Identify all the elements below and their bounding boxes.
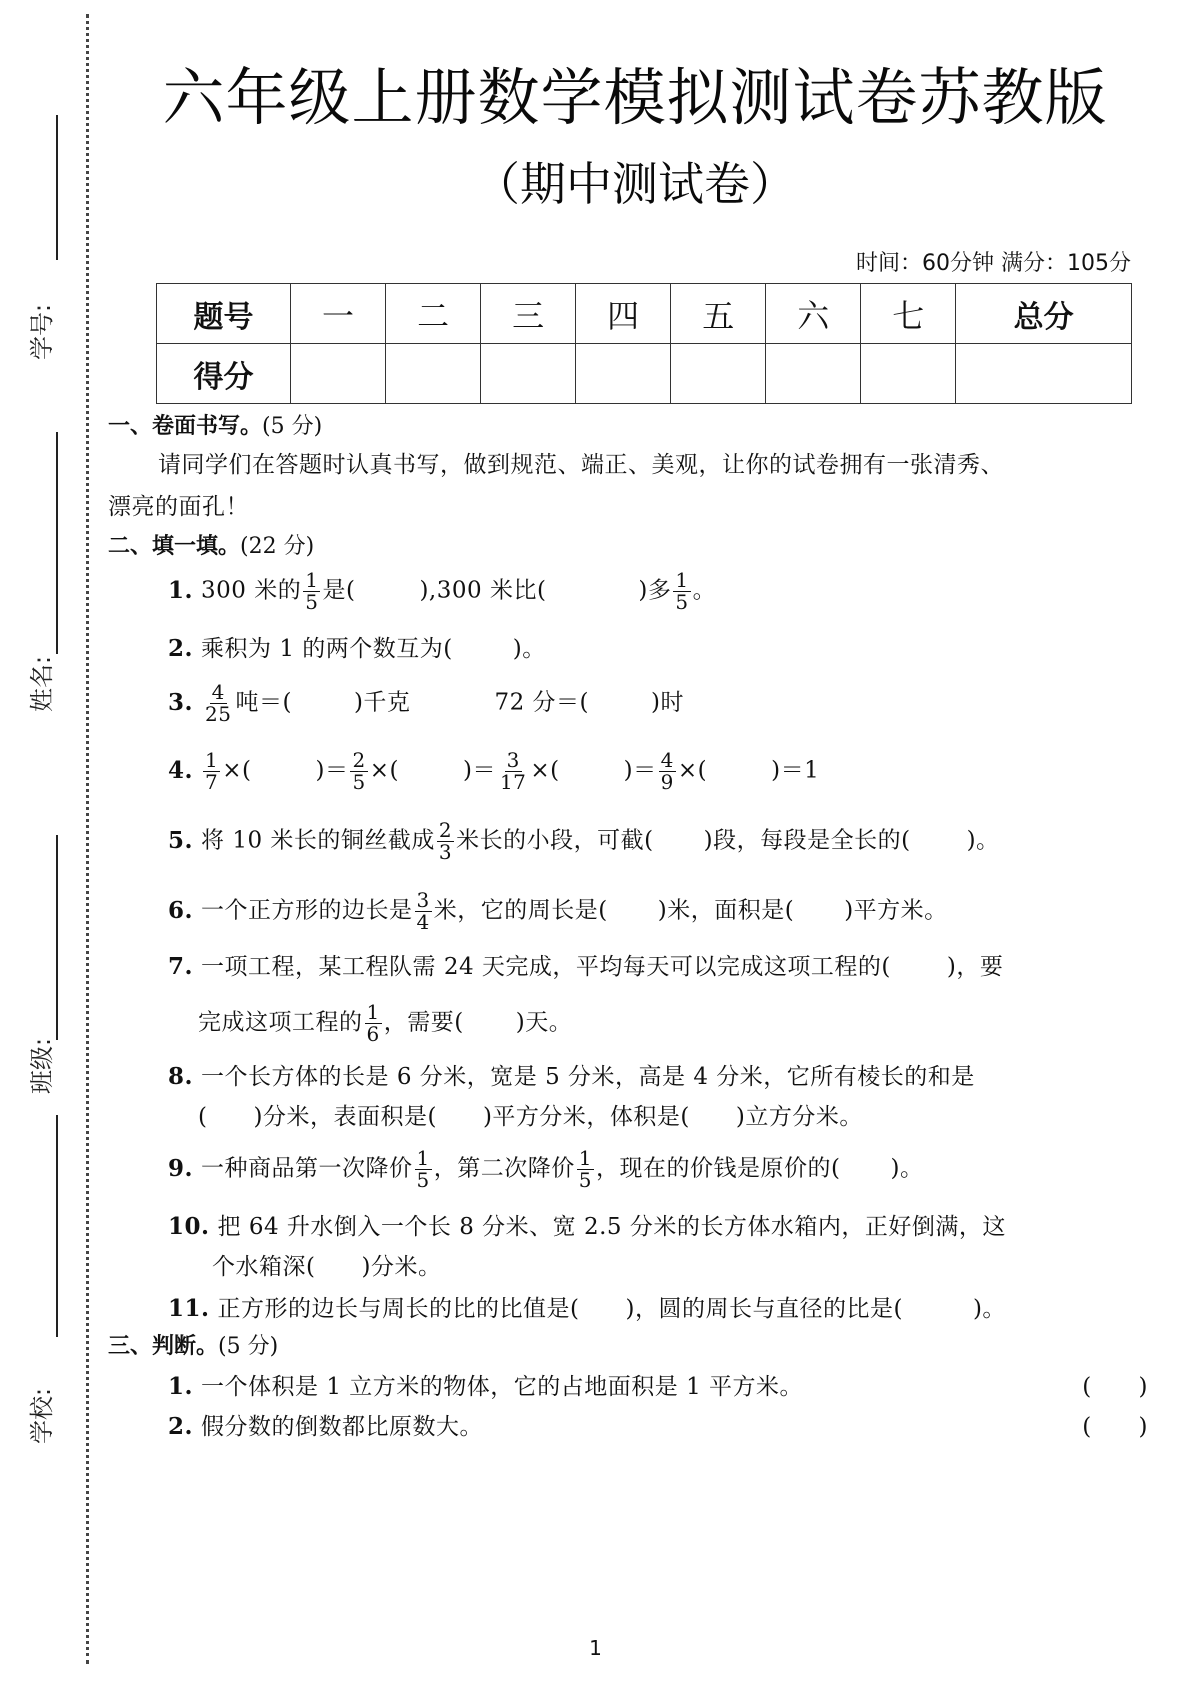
student-id-label: 学号: (22, 304, 57, 360)
fraction: 15 (673, 570, 690, 613)
question-number: 2. (168, 1413, 193, 1440)
class-line[interactable] (56, 835, 58, 1040)
question-text: )千克 (354, 690, 410, 716)
fraction-denominator: 7 (203, 772, 220, 793)
fraction-numerator: 4 (210, 682, 227, 704)
question-text: ，现在的价钱是原价的( (596, 1156, 840, 1182)
question-text: 300 米的 (201, 578, 301, 604)
fill-question-1: 1.300 米的15是(),300 米比()多15。 (168, 570, 1148, 613)
question-text: 72 分＝( (494, 690, 589, 716)
fraction-numerator: 1 (415, 1148, 432, 1170)
question-text: )。 (973, 1296, 1006, 1322)
fill-question-2: 2.乘积为 1 的两个数互为()。 (168, 632, 1148, 667)
fraction-numerator: 1 (303, 570, 320, 592)
fraction-numerator: 1 (203, 750, 220, 772)
score-table: 题号 一 二 三 四 五 六 七 总分 得分 (156, 283, 1132, 404)
question-text: 完成这项工程的 (198, 1010, 363, 1036)
question-number: 4. (168, 757, 193, 784)
question-text: 一个正方形的边长是 (201, 898, 413, 924)
question-text: )时 (651, 690, 684, 716)
fraction-numerator: 1 (673, 570, 690, 592)
question-text: ×( (222, 758, 251, 784)
fill-question-9: 9.一种商品第一次降价15，第二次降价15，现在的价钱是原价的()。 (168, 1148, 1148, 1191)
score-input-6[interactable] (766, 344, 861, 404)
fraction: 425 (203, 682, 233, 725)
judge-answer-box[interactable]: ( ) (1082, 1410, 1148, 1445)
fraction: 34 (415, 890, 432, 933)
fill-question-5: 5.将 10 米长的铜丝截成23米长的小段，可截()段，每段是全长的()。 (168, 820, 1148, 863)
fill-question-4: 4.17×()＝25×()＝317×()＝49×()＝1 (168, 750, 1148, 793)
score-col-2: 二 (386, 284, 481, 344)
question-text: )，要 (947, 954, 1003, 980)
question-text: 将 10 米长的铜丝截成 (201, 828, 435, 854)
question-text: )段，每段是全长的( (704, 828, 911, 854)
fraction: 16 (365, 1002, 382, 1045)
section-2-title: 二、填一填。(22 分) (108, 530, 314, 563)
question-text: 吨＝( (235, 690, 291, 716)
question-number: 2. (168, 635, 193, 662)
question-number: 7. (168, 953, 193, 980)
fill-question-6: 6.一个正方形的边长是34米，它的周长是()米，面积是()平方米。 (168, 890, 1148, 933)
fill-question-7-continued: 完成这项工程的16，需要()天。 (198, 1002, 1178, 1045)
fraction: 23 (437, 820, 454, 863)
fill-question-10-continued: 个水箱深()分米。 (212, 1250, 1191, 1285)
judge-answer-box[interactable]: ( ) (1082, 1370, 1148, 1405)
question-text: ，需要( (384, 1010, 464, 1036)
question-number: 8. (168, 1063, 193, 1090)
fill-question-7: 7.一项工程，某工程队需 24 天完成，平均每天可以完成这项工程的()，要 (168, 950, 1148, 985)
score-col-7: 七 (861, 284, 956, 344)
page-title: 六年级上册数学模拟测试卷苏教版 (140, 48, 1130, 137)
fill-question-8-continued: ()分米，表面积是()平方分米，体积是()立方分米。 (198, 1100, 1178, 1135)
score-input-4[interactable] (576, 344, 671, 404)
name-line[interactable] (56, 432, 58, 654)
section-3-points: (5 分) (218, 1334, 278, 1359)
question-text: )＝ (624, 758, 657, 784)
question-text: )天。 (516, 1010, 572, 1036)
judge-question-1: 1.一个体积是 1 立方米的物体，它的占地面积是 1 平方米。( ) (168, 1370, 1148, 1405)
fraction-denominator: 4 (415, 912, 432, 933)
fraction-denominator: 17 (498, 772, 528, 793)
score-col-5: 五 (671, 284, 766, 344)
score-table-score-row: 得分 (157, 344, 1132, 404)
question-number: 6. (168, 897, 193, 924)
section-1-text-line2: 漂亮的面孔！ (108, 490, 1148, 525)
question-text: )平方分米，体积是( (483, 1104, 690, 1130)
score-cell-label: 题号 (157, 284, 291, 344)
question-number: 9. (168, 1155, 193, 1182)
fraction: 15 (577, 1148, 594, 1191)
section-1-points: (5 分) (262, 414, 322, 439)
question-text: ( (198, 1104, 207, 1130)
question-text: 假分数的倒数都比原数大。 (201, 1414, 483, 1440)
score-col-1: 一 (291, 284, 386, 344)
binding-dashed-line (86, 14, 89, 1664)
fraction: 15 (415, 1148, 432, 1191)
class-label: 班级: (22, 1038, 57, 1094)
fraction-denominator: 6 (365, 1024, 382, 1045)
score-input-3[interactable] (481, 344, 576, 404)
fraction-numerator: 2 (437, 820, 454, 842)
fraction-numerator: 1 (577, 1148, 594, 1170)
question-number: 1. (168, 577, 193, 604)
page-subtitle: （期中测试卷） (140, 148, 1130, 214)
score-input-total[interactable] (956, 344, 1132, 404)
question-text: )。 (890, 1156, 923, 1182)
exam-meta: 时间：60分钟 满分：105分 (856, 246, 1131, 277)
question-text: ×( (530, 758, 559, 784)
question-text: 一项工程，某工程队需 24 天完成，平均每天可以完成这项工程的( (201, 954, 891, 980)
fraction-numerator: 1 (365, 1002, 382, 1024)
score-input-1[interactable] (291, 344, 386, 404)
fill-question-3: 3.425吨＝()千克72 分＝()时 (168, 682, 1148, 725)
fraction: 317 (498, 750, 528, 793)
question-text: 米长的小段，可截( (456, 828, 653, 854)
fraction: 49 (659, 750, 676, 793)
fraction-numerator: 2 (350, 750, 367, 772)
score-col-total: 总分 (956, 284, 1132, 344)
question-text: 。 (693, 578, 717, 604)
score-input-7[interactable] (861, 344, 956, 404)
question-text: 米，它的周长是( (434, 898, 608, 924)
fraction-denominator: 5 (350, 772, 367, 793)
fraction-denominator: 5 (303, 592, 320, 613)
score-input-2[interactable] (386, 344, 481, 404)
fraction: 15 (303, 570, 320, 613)
fill-question-10: 10.把 64 升水倒入一个长 8 分米、宽 2.5 分米的长方体水箱内，正好倒… (168, 1210, 1148, 1245)
question-text: ),300 米比( (419, 578, 546, 604)
score-row-label: 得分 (157, 344, 291, 404)
section-2-points: (22 分) (240, 534, 314, 559)
judge-question-2: 2.假分数的倒数都比原数大。( ) (168, 1410, 1148, 1445)
fraction-denominator: 5 (577, 1170, 594, 1191)
fraction: 25 (350, 750, 367, 793)
name-label: 姓名: (22, 656, 57, 712)
fraction-denominator: 3 (437, 842, 454, 863)
question-text: )平方米。 (844, 898, 947, 924)
student-id-line[interactable] (56, 115, 58, 260)
question-number: 10. (168, 1213, 210, 1240)
question-text: ×( (370, 758, 399, 784)
section-3-title: 三、判断。(5 分) (108, 1330, 278, 1363)
question-text: 乘积为 1 的两个数互为( (201, 636, 453, 662)
score-col-4: 四 (576, 284, 671, 344)
fraction-numerator: 3 (505, 750, 522, 772)
question-text: )多 (638, 578, 671, 604)
score-input-5[interactable] (671, 344, 766, 404)
fraction-denominator: 9 (659, 772, 676, 793)
question-text: 一个长方体的长是 6 分米，宽是 5 分米，高是 4 分米，它所有棱长的和是 (201, 1064, 975, 1090)
section-3-heading: 三、判断。 (108, 1334, 218, 1359)
question-text: )＝ (463, 758, 496, 784)
question-text: )分米，表面积是( (253, 1104, 436, 1130)
section-1-title: 一、卷面书写。(5 分) (108, 410, 322, 443)
question-text: )米，面积是( (658, 898, 794, 924)
question-text: ，第二次降价 (434, 1156, 575, 1182)
fraction-denominator: 5 (673, 592, 690, 613)
question-text: 正方形的边长与周长的比的比值是( (218, 1296, 580, 1322)
score-table-header-row: 题号 一 二 三 四 五 六 七 总分 (157, 284, 1132, 344)
question-number: 11. (168, 1295, 210, 1322)
question-text: )。 (513, 636, 546, 662)
question-text: )。 (967, 828, 1000, 854)
school-line[interactable] (56, 1115, 58, 1337)
fraction-denominator: 5 (415, 1170, 432, 1191)
fill-question-8: 8.一个长方体的长是 6 分米，宽是 5 分米，高是 4 分米，它所有棱长的和是 (168, 1060, 1148, 1095)
question-text: 一种商品第一次降价 (201, 1156, 413, 1182)
question-text: )，圆的周长与直径的比是( (626, 1296, 903, 1322)
fraction-denominator: 25 (203, 704, 233, 725)
score-col-6: 六 (766, 284, 861, 344)
question-number: 3. (168, 689, 193, 716)
question-text: 一个体积是 1 立方米的物体，它的占地面积是 1 平方米。 (201, 1374, 803, 1400)
question-text: )＝1 (771, 758, 819, 784)
fill-question-11: 11.正方形的边长与周长的比的比值是()，圆的周长与直径的比是()。 (168, 1292, 1148, 1327)
question-text: 个水箱深( (212, 1254, 315, 1280)
fraction: 17 (203, 750, 220, 793)
question-number: 5. (168, 827, 193, 854)
school-label: 学校: (22, 1388, 57, 1444)
fraction-numerator: 4 (659, 750, 676, 772)
fraction-numerator: 3 (415, 890, 432, 912)
page-number: 1 (0, 1636, 1191, 1660)
section-1-heading: 一、卷面书写。 (108, 414, 262, 439)
section-2-heading: 二、填一填。 (108, 534, 240, 559)
question-number: 1. (168, 1373, 193, 1400)
section-1-text-line1: 请同学们在答题时认真书写，做到规范、端正、美观，让你的试卷拥有一张清秀、 (108, 448, 1148, 483)
question-text: )分米。 (361, 1254, 441, 1280)
question-text: )立方分米。 (736, 1104, 863, 1130)
question-text: 是( (322, 578, 355, 604)
question-text: )＝ (316, 758, 349, 784)
question-text: 把 64 升水倒入一个长 8 分米、宽 2.5 分米的长方体水箱内，正好倒满，这 (218, 1214, 1006, 1240)
question-text: ×( (678, 758, 707, 784)
score-col-3: 三 (481, 284, 576, 344)
